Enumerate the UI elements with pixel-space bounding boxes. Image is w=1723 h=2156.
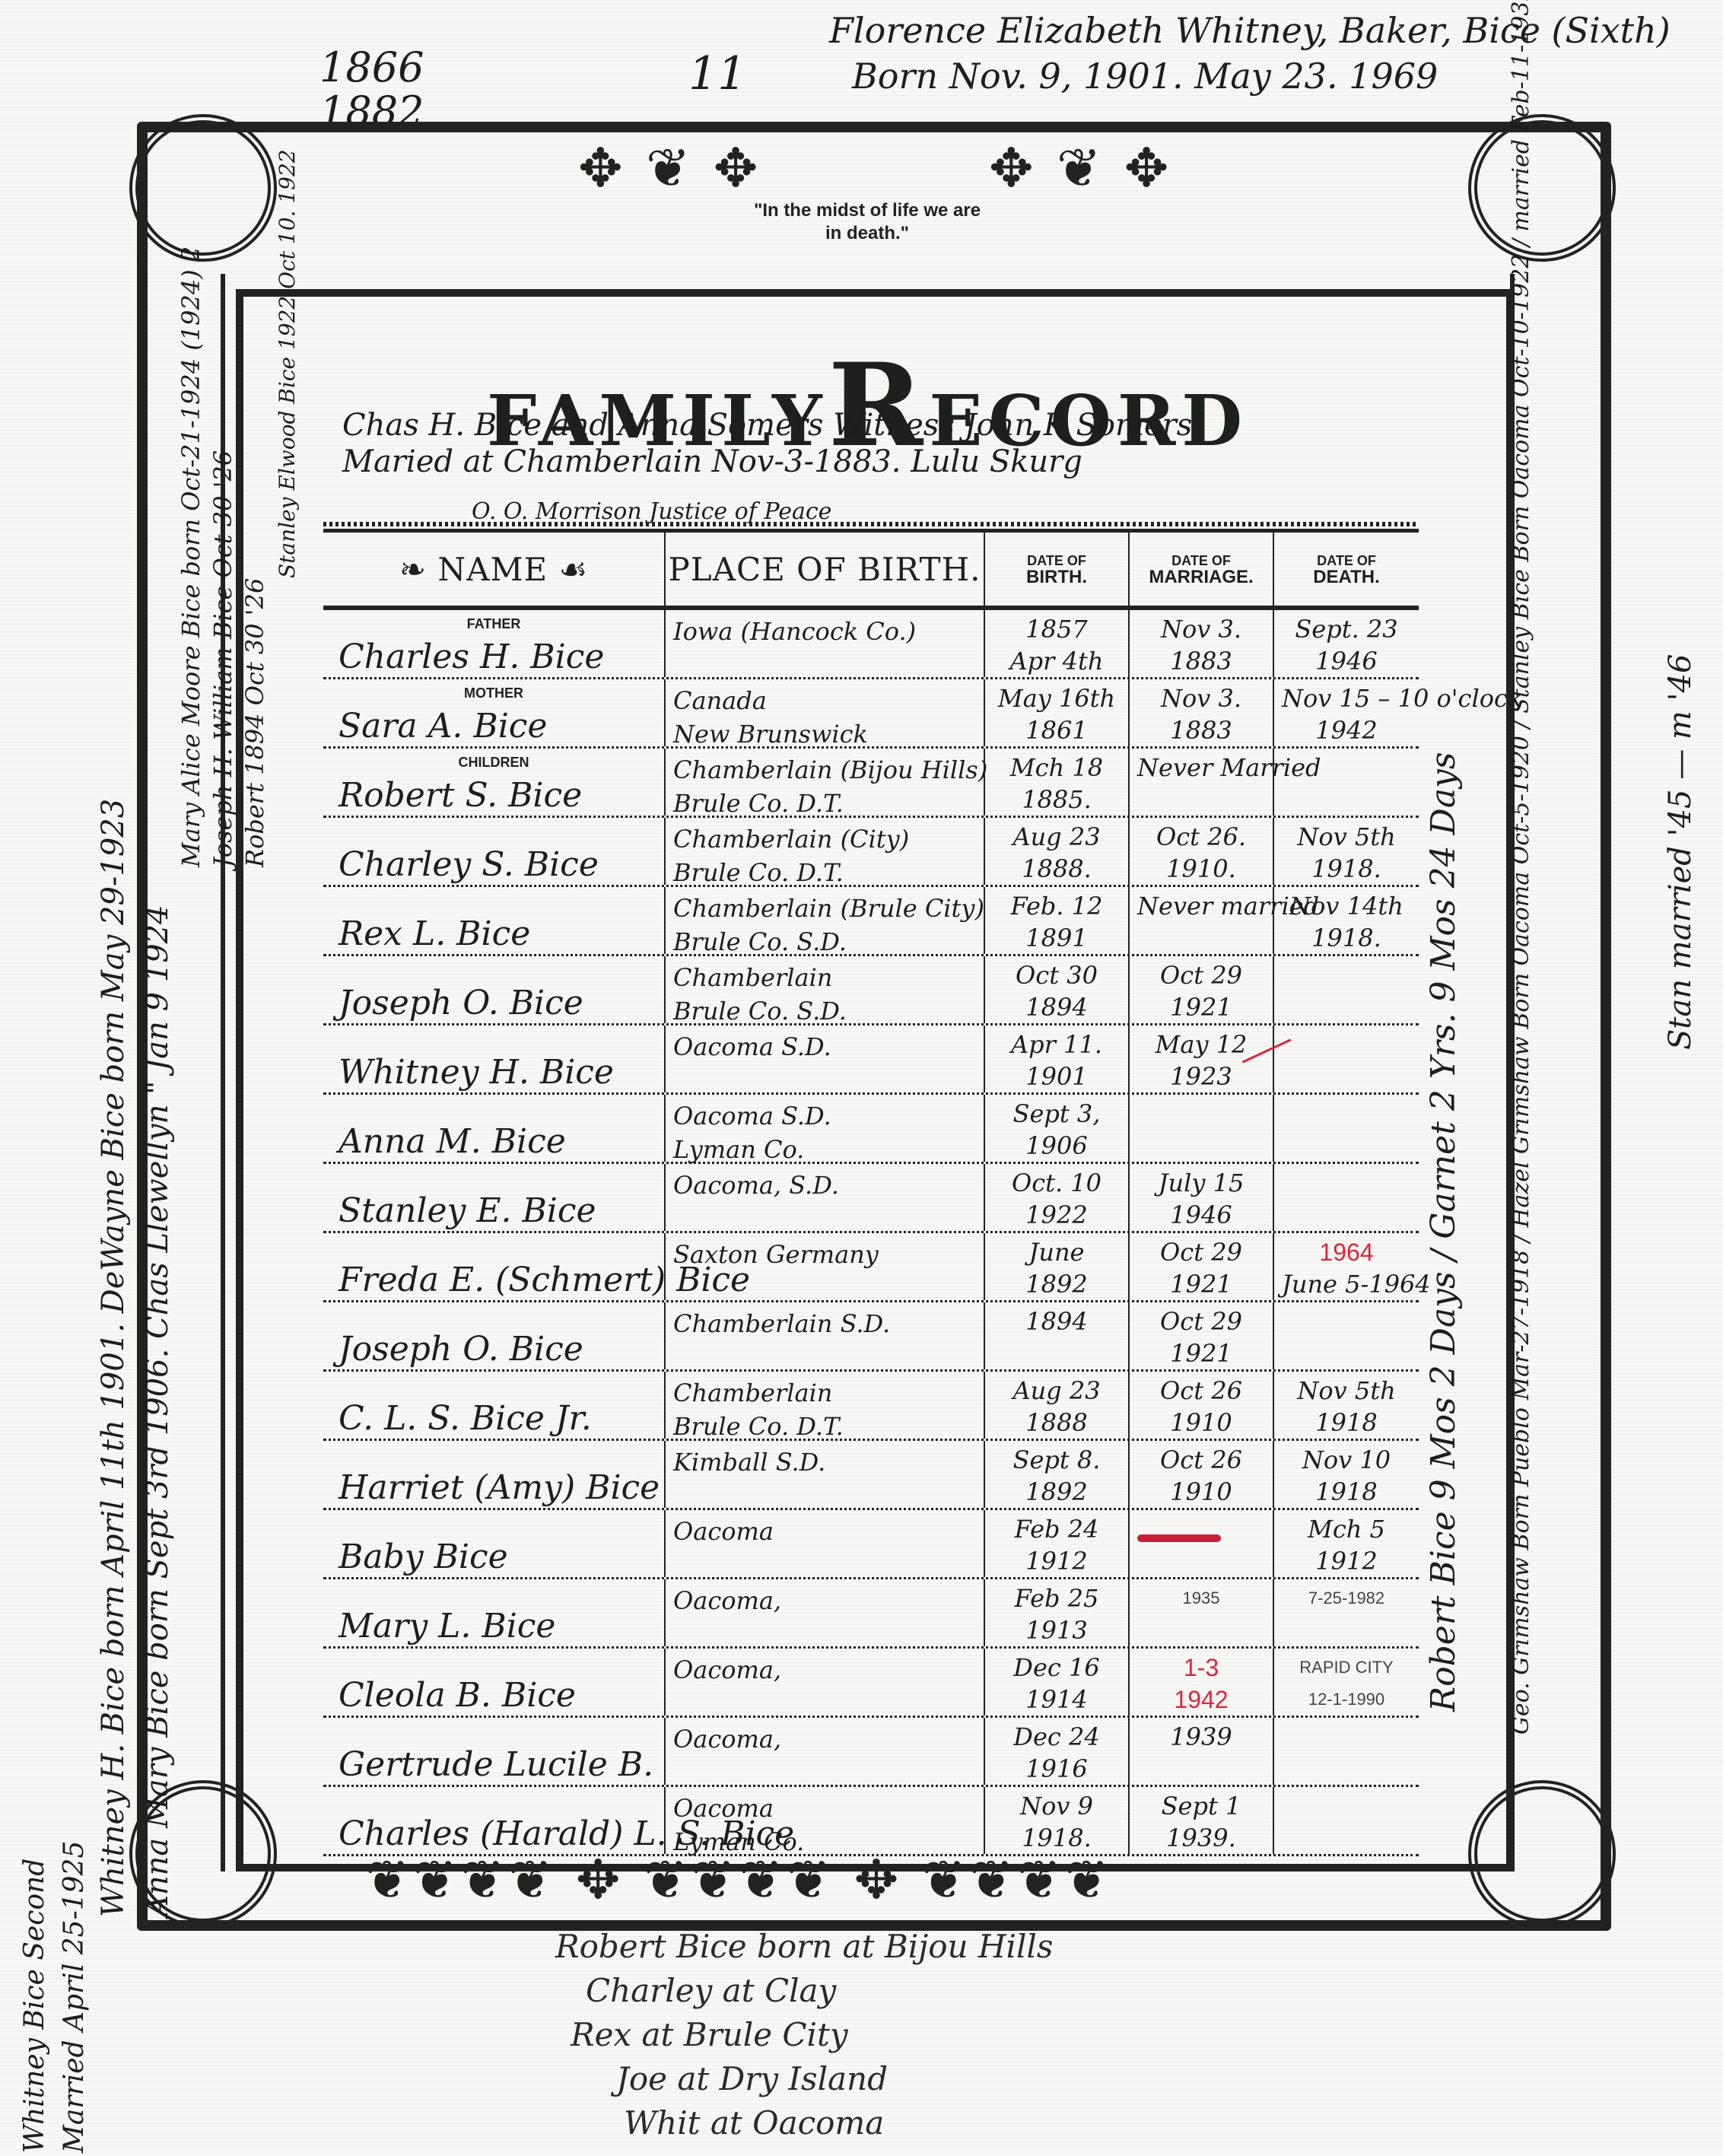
death-date: Nov 5th <box>1282 1373 1411 1405</box>
place-cell: Oacoma, S.D. <box>666 1164 985 1231</box>
birth-date: Aug 23 <box>993 819 1121 851</box>
reference-numbers: 1866 1882 <box>319 46 424 134</box>
person-name: Rex L. Bice <box>339 919 530 949</box>
role-label: CHILDREN <box>323 747 664 777</box>
top-note-line-2: Born Nov. 9, 1901. May 23. 1969 <box>852 53 1671 99</box>
birth-year: 1888. <box>993 851 1121 883</box>
birthplace: Oacoma <box>673 1789 976 1822</box>
death-year: 1942 <box>1282 713 1411 745</box>
birth-year: 1918. <box>993 1821 1121 1852</box>
header-birth: DATE OFBIRTH. <box>985 533 1130 606</box>
death-cell <box>1274 956 1419 1023</box>
name-cell: C. L. S. Bice Jr. <box>323 1372 666 1439</box>
person-name: Robert S. Bice <box>339 781 582 811</box>
birth-year: 1861 <box>993 713 1121 745</box>
birthplace: Kimball S.D. <box>673 1442 976 1476</box>
birthplace-detail: Brule Co. D.T. <box>673 1407 976 1440</box>
birthplace: Oacoma, <box>673 1719 976 1753</box>
marriage-pencil-note: 1935 <box>1137 1581 1265 1613</box>
name-cell: Freda E. (Schmert) Bice <box>323 1233 666 1300</box>
birth-cell: Aug 231888. <box>985 818 1130 885</box>
birth-cell: May 16th1861 <box>985 679 1130 746</box>
death-date: Nov 14th <box>1282 889 1411 921</box>
red-strike-mark <box>1137 1534 1221 1542</box>
marriage-year: 1921 <box>1137 990 1265 1022</box>
place-cell: Chamberlain S.D. <box>666 1302 985 1369</box>
birth-cell: Mch 181885. <box>985 749 1130 816</box>
person-name: Whitney H. Bice <box>339 1057 614 1088</box>
marriage-date: Never married <box>1137 889 1265 921</box>
name-cell: Anna M. Bice <box>323 1095 666 1162</box>
marriage-date: May 12 <box>1137 1027 1265 1059</box>
table-row: Whitney H. BiceOacoma S.D.Apr 11.1901May… <box>323 1026 1419 1095</box>
birth-year: 1912 <box>993 1544 1121 1576</box>
corner-scroll-icon <box>1468 114 1616 262</box>
marriage-red-year: 1942 <box>1137 1682 1265 1714</box>
birthplace: Oacoma, <box>673 1650 976 1684</box>
marriage-cell: Oct 291921 <box>1130 1233 1274 1300</box>
death-cell: Nov 15 – 10 o'clock1942 <box>1274 679 1419 746</box>
marriage-cell: Oct 291921 <box>1130 956 1274 1023</box>
person-name: Mary L. Bice <box>339 1611 555 1642</box>
birth-cell: June1892 <box>985 1233 1130 1300</box>
birthplace-notes: Robert Bice born at Bijou Hills Charley … <box>525 1925 1053 2145</box>
place-cell: Saxton Germany <box>666 1233 985 1300</box>
marriage-cell: 1-31942 <box>1130 1649 1274 1716</box>
person-name: Gertrude Lucile B. <box>339 1750 653 1780</box>
marriage-date: Oct 26 <box>1137 1442 1265 1474</box>
birth-date: Oct. 10 <box>993 1165 1121 1197</box>
corner-scroll-icon <box>129 114 277 262</box>
death-cell: RAPID CITY12-1-1990 <box>1274 1649 1419 1716</box>
marriage-year: 1923 <box>1137 1059 1265 1091</box>
marriage-cell: May 121923 <box>1130 1026 1274 1092</box>
table-row: Charles (Harald) L. S. BiceOacomaLyman C… <box>323 1787 1419 1856</box>
place-cell: Oacoma S.D.Lyman Co. <box>666 1095 985 1162</box>
table-row: Mary L. BiceOacoma,Feb 25191319357-25-19… <box>323 1579 1419 1649</box>
birthplace: Oacoma <box>673 1512 976 1545</box>
right-margin-note-3: Stan married '45 — m '46 <box>1658 654 1702 1050</box>
name-cell: Charles (Harald) L. S. Bice <box>323 1787 666 1854</box>
header-name: ❧ NAME ☙ <box>323 533 666 606</box>
top-note: Florence Elizabeth Whitney, Baker, Bice … <box>829 8 1671 99</box>
birth-date: Feb. 12 <box>993 889 1121 921</box>
name-cell: Whitney H. Bice <box>323 1026 666 1092</box>
birth-cell: Sept 3,1906 <box>985 1095 1130 1162</box>
birth-cell: Dec 241916 <box>985 1718 1130 1785</box>
right-margin-note-2: Geo. Grimshaw Born Pueblo Mar-27-1918 / … <box>1506 0 1537 1735</box>
birth-cell: Sept 8.1892 <box>985 1441 1130 1508</box>
birthplace: Oacoma S.D. <box>673 1027 976 1061</box>
name-cell: Harriet (Amy) Bice <box>323 1441 666 1508</box>
birthplace: Oacoma, S.D. <box>673 1165 976 1199</box>
death-cell: Sept. 231946 <box>1274 610 1419 677</box>
birth-cell: 1857Apr 4th <box>985 610 1130 677</box>
birthplace-detail: Lyman Co. <box>673 1822 976 1855</box>
place-cell: Oacoma <box>666 1510 985 1577</box>
marriage-date: July 15 <box>1137 1165 1265 1197</box>
birth-year: 1894 <box>993 990 1121 1022</box>
birth-date: Sept 3, <box>993 1096 1121 1128</box>
birth-date: Aug 23 <box>993 1373 1121 1405</box>
left-margin-note-2: Mary Alice Moore Bice born Oct-21-1924 (… <box>175 246 271 867</box>
birth-year: 1888 <box>993 1405 1121 1437</box>
left-bottom-note: Whitney Bice Second Married April 25-192… <box>15 1841 94 2153</box>
marriage-cell: 1939 <box>1130 1718 1274 1785</box>
death-cell <box>1274 1026 1419 1092</box>
death-cell <box>1274 1164 1419 1231</box>
birth-date: May 16th <box>993 681 1121 713</box>
marriage-year: 1910. <box>1137 851 1265 883</box>
corner-scroll-icon <box>1468 1780 1616 1928</box>
death-cell <box>1274 1718 1419 1785</box>
death-date: Nov 15 – 10 o'clock <box>1282 681 1411 713</box>
name-cell: Joseph O. Bice <box>323 1302 666 1369</box>
death-year: 1912 <box>1282 1544 1411 1576</box>
death-red-year: 1964 <box>1282 1235 1411 1267</box>
place-cell: Oacoma, <box>666 1718 985 1785</box>
marriage-year: 1939. <box>1137 1821 1265 1852</box>
death-year: 1918 <box>1282 1405 1411 1437</box>
place-cell: OacomaLyman Co. <box>666 1787 985 1854</box>
birth-date: Oct 30 <box>993 958 1121 990</box>
flourish-icon: ❦❦❦❦ ✥ ❦❦❦❦ ✥ ❦❦❦❦ <box>365 1849 1112 1911</box>
birth-year: 1892 <box>993 1267 1121 1299</box>
name-cell: Cleola B. Bice <box>323 1649 666 1716</box>
birth-year: 1913 <box>993 1613 1121 1645</box>
death-cell <box>1274 1302 1419 1369</box>
death-date: Sept. 23 <box>1282 612 1411 644</box>
birth-cell: 1894 <box>985 1302 1130 1369</box>
name-cell: Baby Bice <box>323 1510 666 1577</box>
birthplace: Iowa (Hancock Co.) <box>673 612 976 645</box>
table-row: Stanley E. BiceOacoma, S.D.Oct. 101922Ju… <box>323 1164 1419 1233</box>
birth-cell: Feb. 121891 <box>985 887 1130 954</box>
place-cell: Iowa (Hancock Co.) <box>666 610 985 677</box>
birthplace: Oacoma S.D. <box>673 1096 976 1130</box>
person-name: Charles H. Bice <box>339 642 604 673</box>
header-place: PLACE OF BIRTH. <box>666 533 985 606</box>
birthplace: Chamberlain (Brule City) <box>673 889 976 922</box>
birth-date: Mch 18 <box>993 750 1121 782</box>
person-name: Cleola B. Bice <box>339 1681 576 1711</box>
marriage-date: Nov 3. <box>1137 681 1265 713</box>
marriage-year: 1946 <box>1137 1197 1265 1229</box>
death-year: 1918 <box>1282 1474 1411 1506</box>
marriage-red-note: 1-3 <box>1137 1650 1265 1682</box>
marriage-date: Oct 29 <box>1137 1235 1265 1267</box>
marriage-date: Oct 26 <box>1137 1373 1265 1405</box>
marriage-year: 1921 <box>1137 1336 1265 1368</box>
marriage-cell: July 151946 <box>1130 1164 1274 1231</box>
birth-cell: Nov 91918. <box>985 1787 1130 1854</box>
birth-date: 1894 <box>993 1304 1121 1336</box>
birthplace-detail: Lyman Co. <box>673 1130 976 1163</box>
table-row: MOTHERSara A. BiceCanadaNew BrunswickMay… <box>323 679 1419 749</box>
place-cell: Oacoma, <box>666 1579 985 1646</box>
birthplace: Chamberlain S.D. <box>673 1304 976 1337</box>
marriage-cell: 1935 <box>1130 1579 1274 1646</box>
birthplace: Chamberlain (City) <box>673 819 976 853</box>
table-row: CHILDRENRobert S. BiceChamberlain (Bijou… <box>323 749 1419 818</box>
flourish-icon: ✥ ❦ ✥ <box>578 137 761 199</box>
death-cell: Nov 14th1918. <box>1274 887 1419 954</box>
marriage-cell: Oct 261910 <box>1130 1372 1274 1439</box>
name-cell: MOTHERSara A. Bice <box>323 679 666 746</box>
birthplace-detail: Brule Co. D.T. <box>673 784 976 817</box>
marriage-date: Never Married <box>1137 750 1265 782</box>
table-row: FATHERCharles H. BiceIowa (Hancock Co.)1… <box>323 610 1419 679</box>
table-row: Gertrude Lucile B.Oacoma,Dec 2419161939 <box>323 1718 1419 1787</box>
place-cell: Oacoma, <box>666 1649 985 1716</box>
table-header: ❧ NAME ☙ PLACE OF BIRTH. DATE OFBIRTH. D… <box>323 529 1419 610</box>
name-cell: Charley S. Bice <box>323 818 666 885</box>
marriage-note: Chas H. Bice and Anna Somers Witness Joh… <box>342 407 1331 480</box>
name-cell: Stanley E. Bice <box>323 1164 666 1231</box>
birthplace: Saxton Germany <box>673 1235 976 1268</box>
birthplace: Chamberlain (Bijou Hills) <box>673 750 976 784</box>
death-year: 1946 <box>1282 644 1411 676</box>
marriage-cell: Oct 26.1910. <box>1130 818 1274 885</box>
death-cell: Nov 5th1918 <box>1274 1372 1419 1439</box>
marriage-date: 1939 <box>1137 1719 1265 1751</box>
birth-date: Apr 11. <box>993 1027 1121 1059</box>
death-cell: Nov 101918 <box>1274 1441 1419 1508</box>
table-row: Cleola B. BiceOacoma,Dec 1619141-31942RA… <box>323 1649 1419 1718</box>
death-date: Nov 10 <box>1282 1442 1411 1474</box>
death-cell: Mch 51912 <box>1274 1510 1419 1577</box>
name-cell: Mary L. Bice <box>323 1579 666 1646</box>
marriage-cell: Nov 3.1883 <box>1130 610 1274 677</box>
death-cell: 7-25-1982 <box>1274 1579 1419 1646</box>
table-row: Joseph O. BiceChamberlainBrule Co. S.D.O… <box>323 956 1419 1026</box>
person-name: Joseph O. Bice <box>339 1334 583 1365</box>
marriage-cell <box>1130 1510 1274 1577</box>
place-cell: Chamberlain (Bijou Hills)Brule Co. D.T. <box>666 749 985 816</box>
birth-year: 1901 <box>993 1059 1121 1091</box>
person-name: Joseph O. Bice <box>339 988 583 1019</box>
birth-year: 1916 <box>993 1751 1121 1783</box>
person-name: Baby Bice <box>339 1542 508 1572</box>
birth-year: 1885. <box>993 782 1121 814</box>
death-cell <box>1274 1787 1419 1854</box>
death-cell <box>1274 1095 1419 1162</box>
birthplace-detail: Brule Co. D.T. <box>673 853 976 886</box>
death-pencil-note: RAPID CITY <box>1282 1650 1411 1682</box>
birth-year: 1914 <box>993 1682 1121 1714</box>
birth-year: 1906 <box>993 1128 1121 1160</box>
birth-date: 1857 <box>993 612 1121 644</box>
birth-date: Feb 24 <box>993 1512 1121 1544</box>
table-row: Harriet (Amy) BiceKimball S.D.Sept 8.189… <box>323 1441 1419 1510</box>
marriage-cell: Never Married <box>1130 749 1274 816</box>
table-body: FATHERCharles H. BiceIowa (Hancock Co.)1… <box>323 610 1419 1856</box>
birth-year: Apr 4th <box>993 644 1121 676</box>
birthplace: Chamberlain <box>673 958 976 991</box>
place-cell: Chamberlain (Brule City)Brule Co. S.D. <box>666 887 985 954</box>
table-row: Baby BiceOacomaFeb 241912Mch 51912 <box>323 1510 1419 1579</box>
person-name: Harriet (Amy) Bice <box>339 1473 660 1503</box>
birth-cell: Apr 11.1901 <box>985 1026 1130 1092</box>
birth-date: Dec 16 <box>993 1650 1121 1682</box>
death-cell <box>1274 749 1419 816</box>
birth-date: Dec 24 <box>993 1719 1121 1751</box>
place-cell: ChamberlainBrule Co. S.D. <box>666 956 985 1023</box>
person-name: Stanley E. Bice <box>339 1196 596 1226</box>
marriage-year: 1883 <box>1137 713 1265 745</box>
table-row: Charley S. BiceChamberlain (City)Brule C… <box>323 818 1419 887</box>
birth-cell: Aug 231888 <box>985 1372 1130 1439</box>
marriage-cell: Oct 261910 <box>1130 1441 1274 1508</box>
birth-cell: Oct 301894 <box>985 956 1130 1023</box>
death-date: June 5-1964 <box>1282 1267 1411 1299</box>
marriage-cell: Never married <box>1130 887 1274 954</box>
top-note-line-1: Florence Elizabeth Whitney, Baker, Bice … <box>829 8 1671 53</box>
marriage-year: 1883 <box>1137 644 1265 676</box>
flourish-icon: ✥ ❦ ✥ <box>989 137 1171 199</box>
left-margin-note-3: Stanley Elwood Bice 1922 Oct 10. 1922 <box>274 149 301 578</box>
table-row: Anna M. BiceOacoma S.D.Lyman Co.Sept 3,1… <box>323 1095 1419 1164</box>
death-date: Nov 5th <box>1282 819 1411 851</box>
birth-cell: Feb 251913 <box>985 1579 1130 1646</box>
marriage-date: Nov 3. <box>1137 612 1265 644</box>
place-cell: Oacoma S.D. <box>666 1026 985 1092</box>
birth-date: Nov 9 <box>993 1789 1121 1821</box>
birthplace-detail: New Brunswick <box>673 714 976 748</box>
birth-cell: Feb 241912 <box>985 1510 1130 1577</box>
table-row: Freda E. (Schmert) BiceSaxton GermanyJun… <box>323 1233 1419 1302</box>
name-cell: FATHERCharles H. Bice <box>323 610 666 677</box>
motto: "In the midst of life we are in death." <box>654 199 1080 245</box>
role-label: MOTHER <box>323 678 664 708</box>
death-year: 1918. <box>1282 921 1411 952</box>
header-marriage: DATE OFMARRIAGE. <box>1130 533 1274 606</box>
birth-date: Sept 8. <box>993 1442 1121 1474</box>
role-label: FATHER <box>323 609 664 639</box>
death-cell: 1964June 5-1964 <box>1274 1233 1419 1300</box>
birth-cell: Oct. 101922 <box>985 1164 1130 1231</box>
person-name: C. L. S. Bice Jr. <box>339 1404 592 1434</box>
name-cell: Joseph O. Bice <box>323 956 666 1023</box>
death-date: Mch 5 <box>1282 1512 1411 1544</box>
birth-date: June <box>993 1235 1121 1267</box>
marriage-year: 1921 <box>1137 1267 1265 1299</box>
marriage-date: Oct 29 <box>1137 958 1265 990</box>
place-cell: ChamberlainBrule Co. D.T. <box>666 1372 985 1439</box>
name-cell: Gertrude Lucile B. <box>323 1718 666 1785</box>
death-year: 1918. <box>1282 851 1411 883</box>
birth-cell: Dec 161914 <box>985 1649 1130 1716</box>
death-cell: Nov 5th1918. <box>1274 818 1419 885</box>
marriage-date: Oct 29 <box>1137 1304 1265 1336</box>
marriage-date: Oct 26. <box>1137 819 1265 851</box>
death-pencil-date: 12-1-1990 <box>1282 1682 1411 1714</box>
marriage-cell: Oct 291921 <box>1130 1302 1274 1369</box>
birthplace: Canada <box>673 681 976 714</box>
header-death: DATE OFDEATH. <box>1274 533 1419 606</box>
officiant-note: O. O. Morrison Justice of Peace <box>472 498 831 525</box>
place-cell: Kimball S.D. <box>666 1441 985 1508</box>
marriage-cell <box>1130 1095 1274 1162</box>
left-margin-note: Whitney H. Bice born April 11th 1901. De… <box>91 799 180 1917</box>
marriage-date: Sept 1 <box>1137 1789 1265 1821</box>
right-margin-note: Robert Bice 9 Mos 2 Days / Garnet 2 Yrs.… <box>1423 752 1465 1712</box>
birth-date: Feb 25 <box>993 1581 1121 1613</box>
person-name: Charley S. Bice <box>339 850 599 880</box>
page-marker: 11 <box>688 47 746 100</box>
marriage-year: 1910 <box>1137 1474 1265 1506</box>
table-row: Rex L. BiceChamberlain (Brule City)Brule… <box>323 887 1419 956</box>
table-row: Joseph O. BiceChamberlain S.D.1894Oct 29… <box>323 1302 1419 1372</box>
birthplace-detail: Brule Co. S.D. <box>673 922 976 956</box>
name-cell: CHILDRENRobert S. Bice <box>323 749 666 816</box>
birthplace: Chamberlain <box>673 1373 976 1407</box>
family-record-table: ❧ NAME ☙ PLACE OF BIRTH. DATE OFBIRTH. D… <box>323 529 1419 1856</box>
death-pencil-note: 7-25-1982 <box>1282 1581 1411 1613</box>
marriage-year: 1910 <box>1137 1405 1265 1437</box>
birth-year: 1922 <box>993 1197 1121 1229</box>
name-cell: Rex L. Bice <box>323 887 666 954</box>
person-name: Sara A. Bice <box>339 711 547 742</box>
birth-year: 1892 <box>993 1474 1121 1506</box>
birth-year: 1891 <box>993 921 1121 952</box>
marriage-cell: Nov 3.1883 <box>1130 679 1274 746</box>
birthplace: Oacoma, <box>673 1581 976 1614</box>
marriage-cell: Sept 11939. <box>1130 1787 1274 1854</box>
place-cell: Chamberlain (City)Brule Co. D.T. <box>666 818 985 885</box>
person-name: Anna M. Bice <box>339 1127 566 1157</box>
place-cell: CanadaNew Brunswick <box>666 679 985 746</box>
table-row: C. L. S. Bice Jr.ChamberlainBrule Co. D.… <box>323 1372 1419 1441</box>
birthplace-detail: Brule Co. S.D. <box>673 991 976 1025</box>
